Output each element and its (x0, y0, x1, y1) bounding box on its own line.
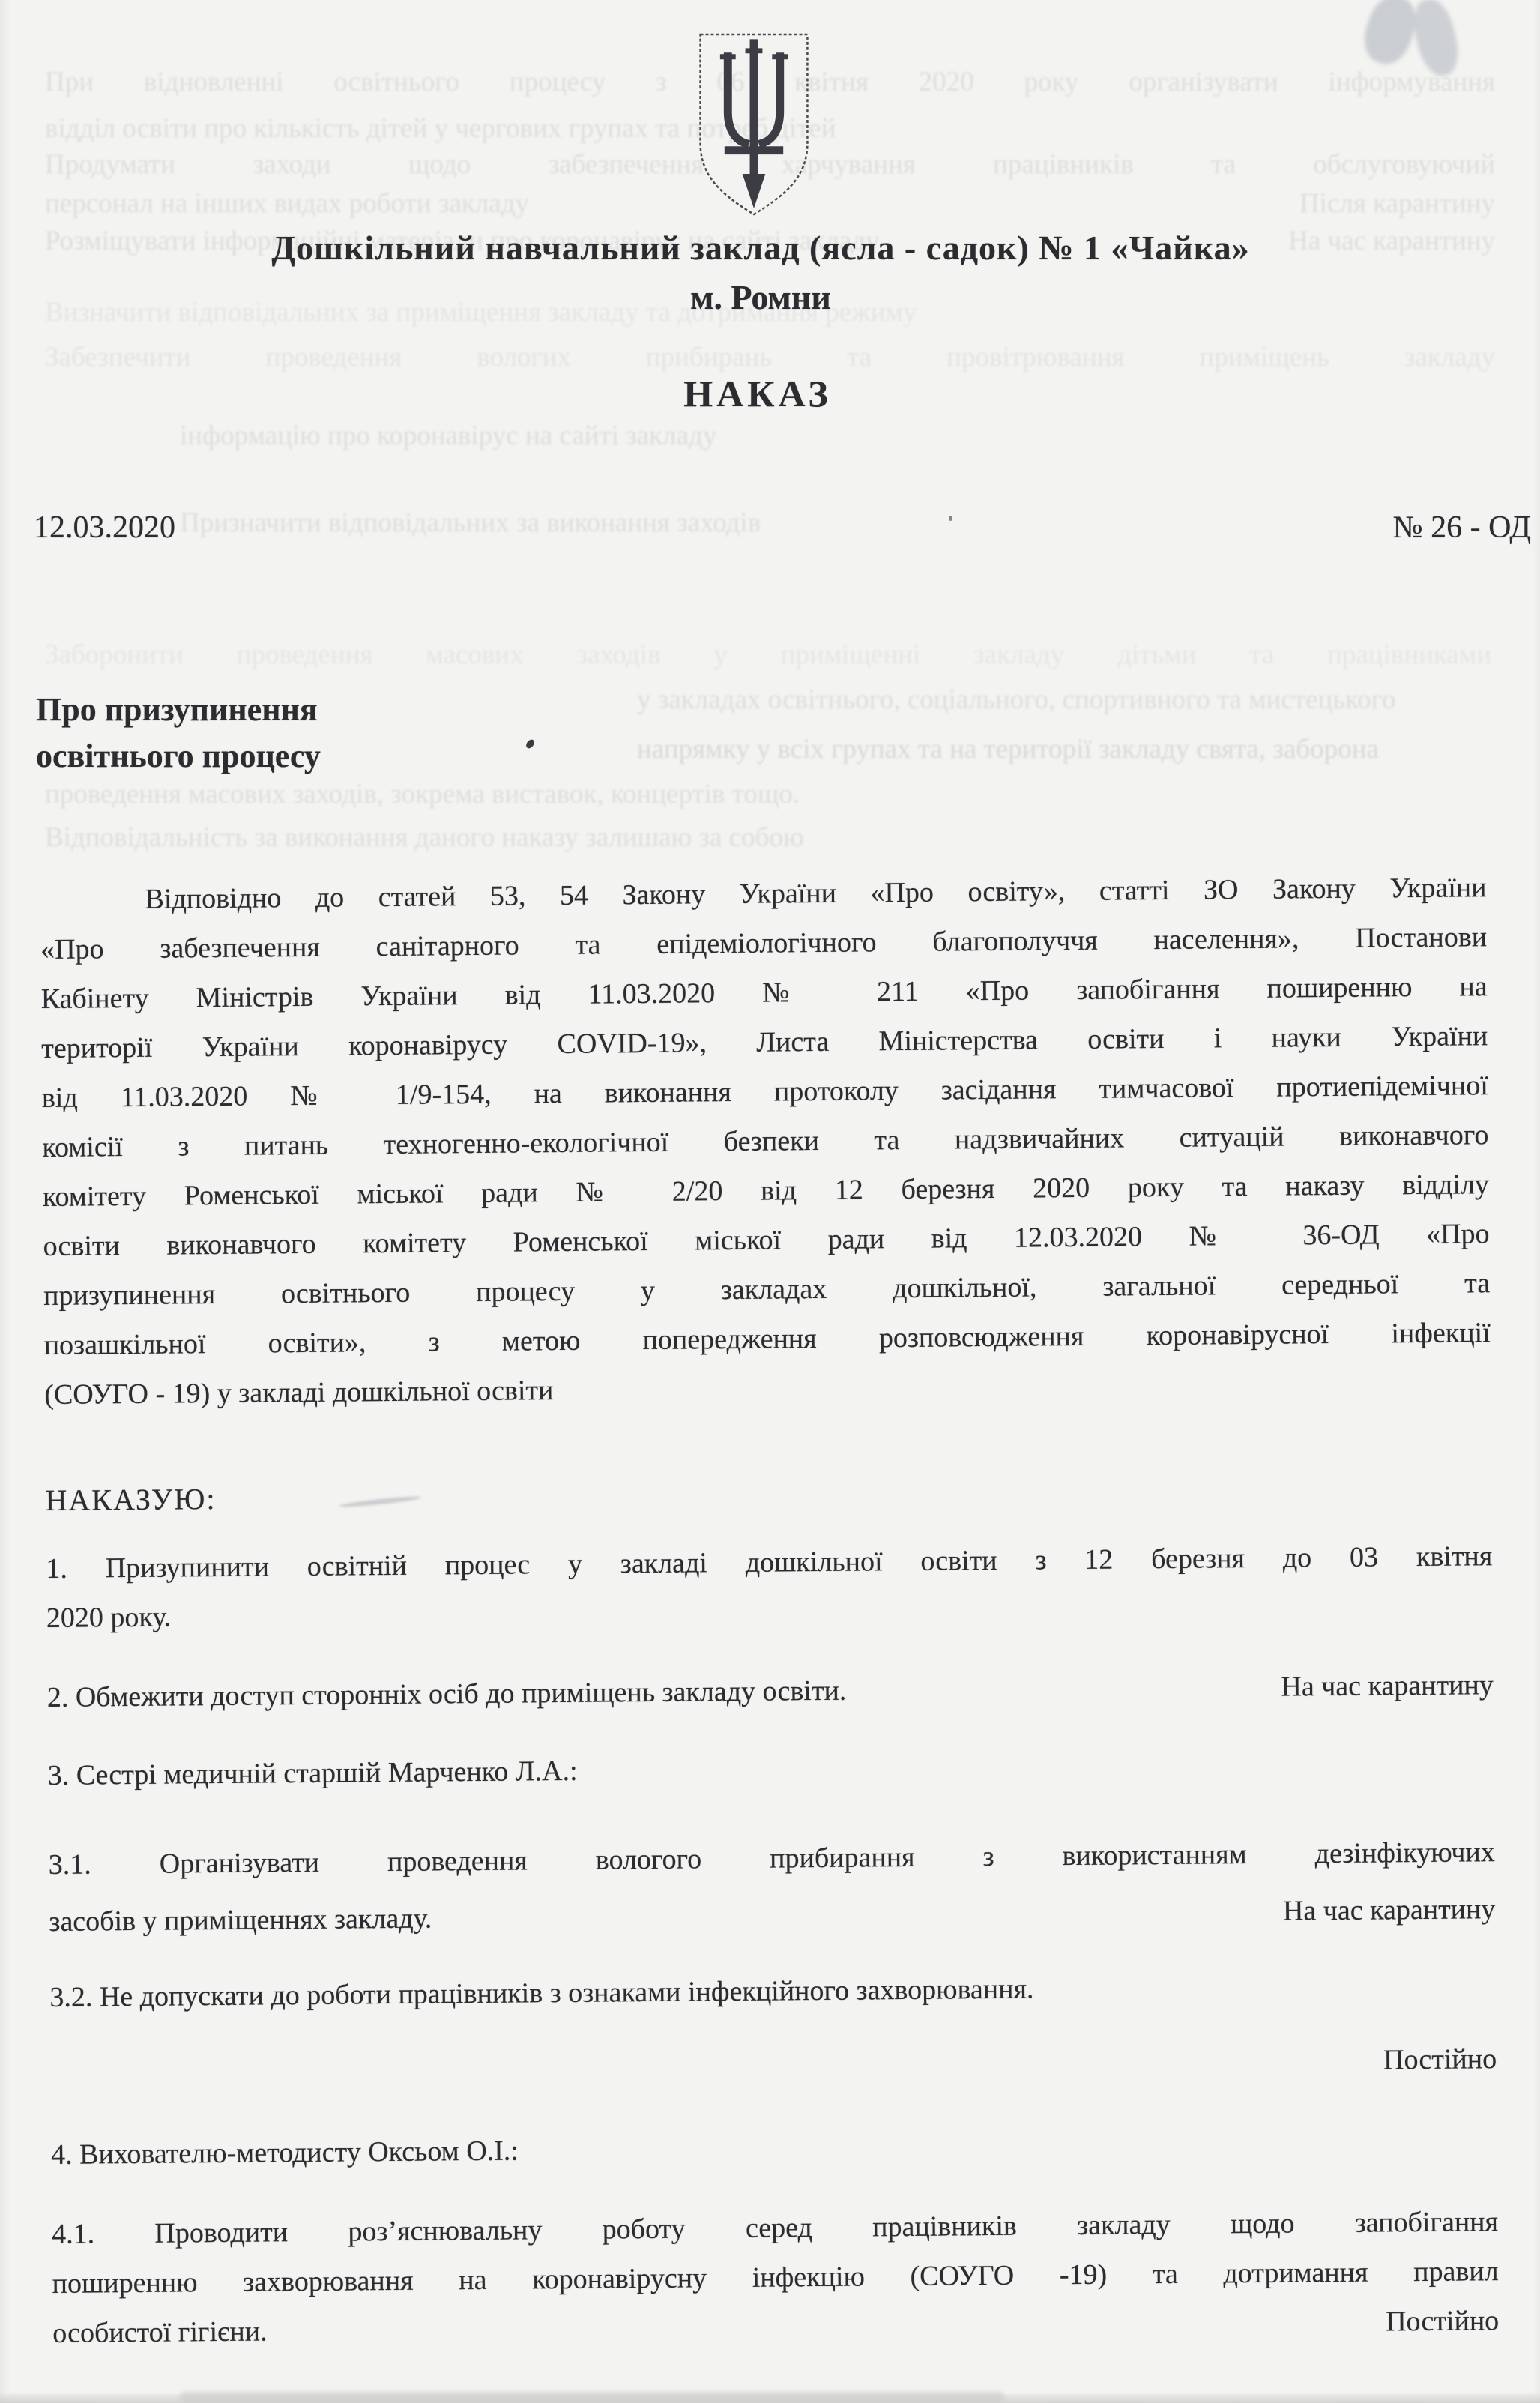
doc-date: 12.03.2020 (34, 510, 175, 546)
item-text: 2. Обмежити доступ сторонніх осіб до при… (47, 1666, 847, 1722)
item-term-note: Постійно (50, 2042, 1497, 2088)
scanned-order-document: При відновленні освітнього процесу з 06 … (0, 0, 1540, 2403)
subject-line-1: Про призупинення (36, 687, 710, 733)
ghost-line: Забезпечити проведення вологих прибирань… (45, 341, 1495, 373)
order-item-4: 4. Вихователю-методисту Оксьом О.І.: (51, 2117, 1498, 2180)
item-term-note: Постійно (1386, 2296, 1500, 2346)
ghost-line: напрямку у всіх групах та на території з… (637, 733, 1491, 765)
order-item-3-2: 3.2. Не допускати до роботи працівників … (49, 1960, 1497, 2022)
preamble-paragraph: Відповідно до статей 53, 54 Закону Украї… (40, 863, 1491, 1420)
scan-smudge (1357, 0, 1422, 70)
order-item-2: 2. Обмежити доступ сторонніх осіб до при… (47, 1660, 1494, 1722)
org-city: м. Ромни (0, 277, 1521, 317)
order-item-3-1: 3.1. Організувати проведення вологого пр… (48, 1824, 1495, 1950)
date-number-row: 12.03.2020 № 26 - ОД (34, 510, 1531, 546)
ghost-text: персонал на інших видах роботи закладу (45, 187, 529, 220)
doc-type-title: НАКАЗ (0, 372, 1515, 415)
order-item-4-1: 4.1. Проводити роз’яснювальну роботу сер… (52, 2197, 1500, 2358)
ghost-line: інформацію про коронавірус на сайті закл… (180, 420, 914, 452)
item-term-note: На час карантину (1283, 1881, 1496, 1939)
ghost-note: Після карантину (1299, 187, 1495, 220)
doc-number: № 26 - ОД (1393, 510, 1531, 546)
order-item-3: 3. Сестрі медичній старшій Марченко Л.А.… (47, 1738, 1494, 1800)
item-text: особистої гігієни. (52, 2306, 268, 2357)
order-body: Відповідно до статей 53, 54 Закону Украї… (40, 863, 1499, 2375)
ghost-line: Відповідальність за виконання даного нак… (45, 821, 1049, 854)
order-item-1: 1. Призупинити освітній процес у закладі… (46, 1531, 1493, 1643)
org-name: Дошкільний навчальний заклад (ясла - сад… (0, 228, 1521, 268)
ghost-line: проведення масових заходів, зокрема вист… (45, 778, 989, 810)
item-term-note: На час карантину (1281, 1660, 1494, 1711)
ghost-line: Заборонити проведення масових заходів у … (45, 639, 1491, 671)
item-text: засобів у приміщеннях закладу. (49, 1890, 432, 1950)
subject-line-2: освітнього процесу (36, 733, 710, 780)
doc-subject: Про призупинення освітнього процесу (36, 687, 710, 780)
decree-heading: НАКАЗУЮ: (45, 1481, 216, 1518)
ghost-line: у закладах освітнього, соціального, спор… (637, 684, 1491, 716)
page-bottom-smear (180, 2391, 1004, 2402)
ukraine-trident-emblem (691, 31, 817, 217)
